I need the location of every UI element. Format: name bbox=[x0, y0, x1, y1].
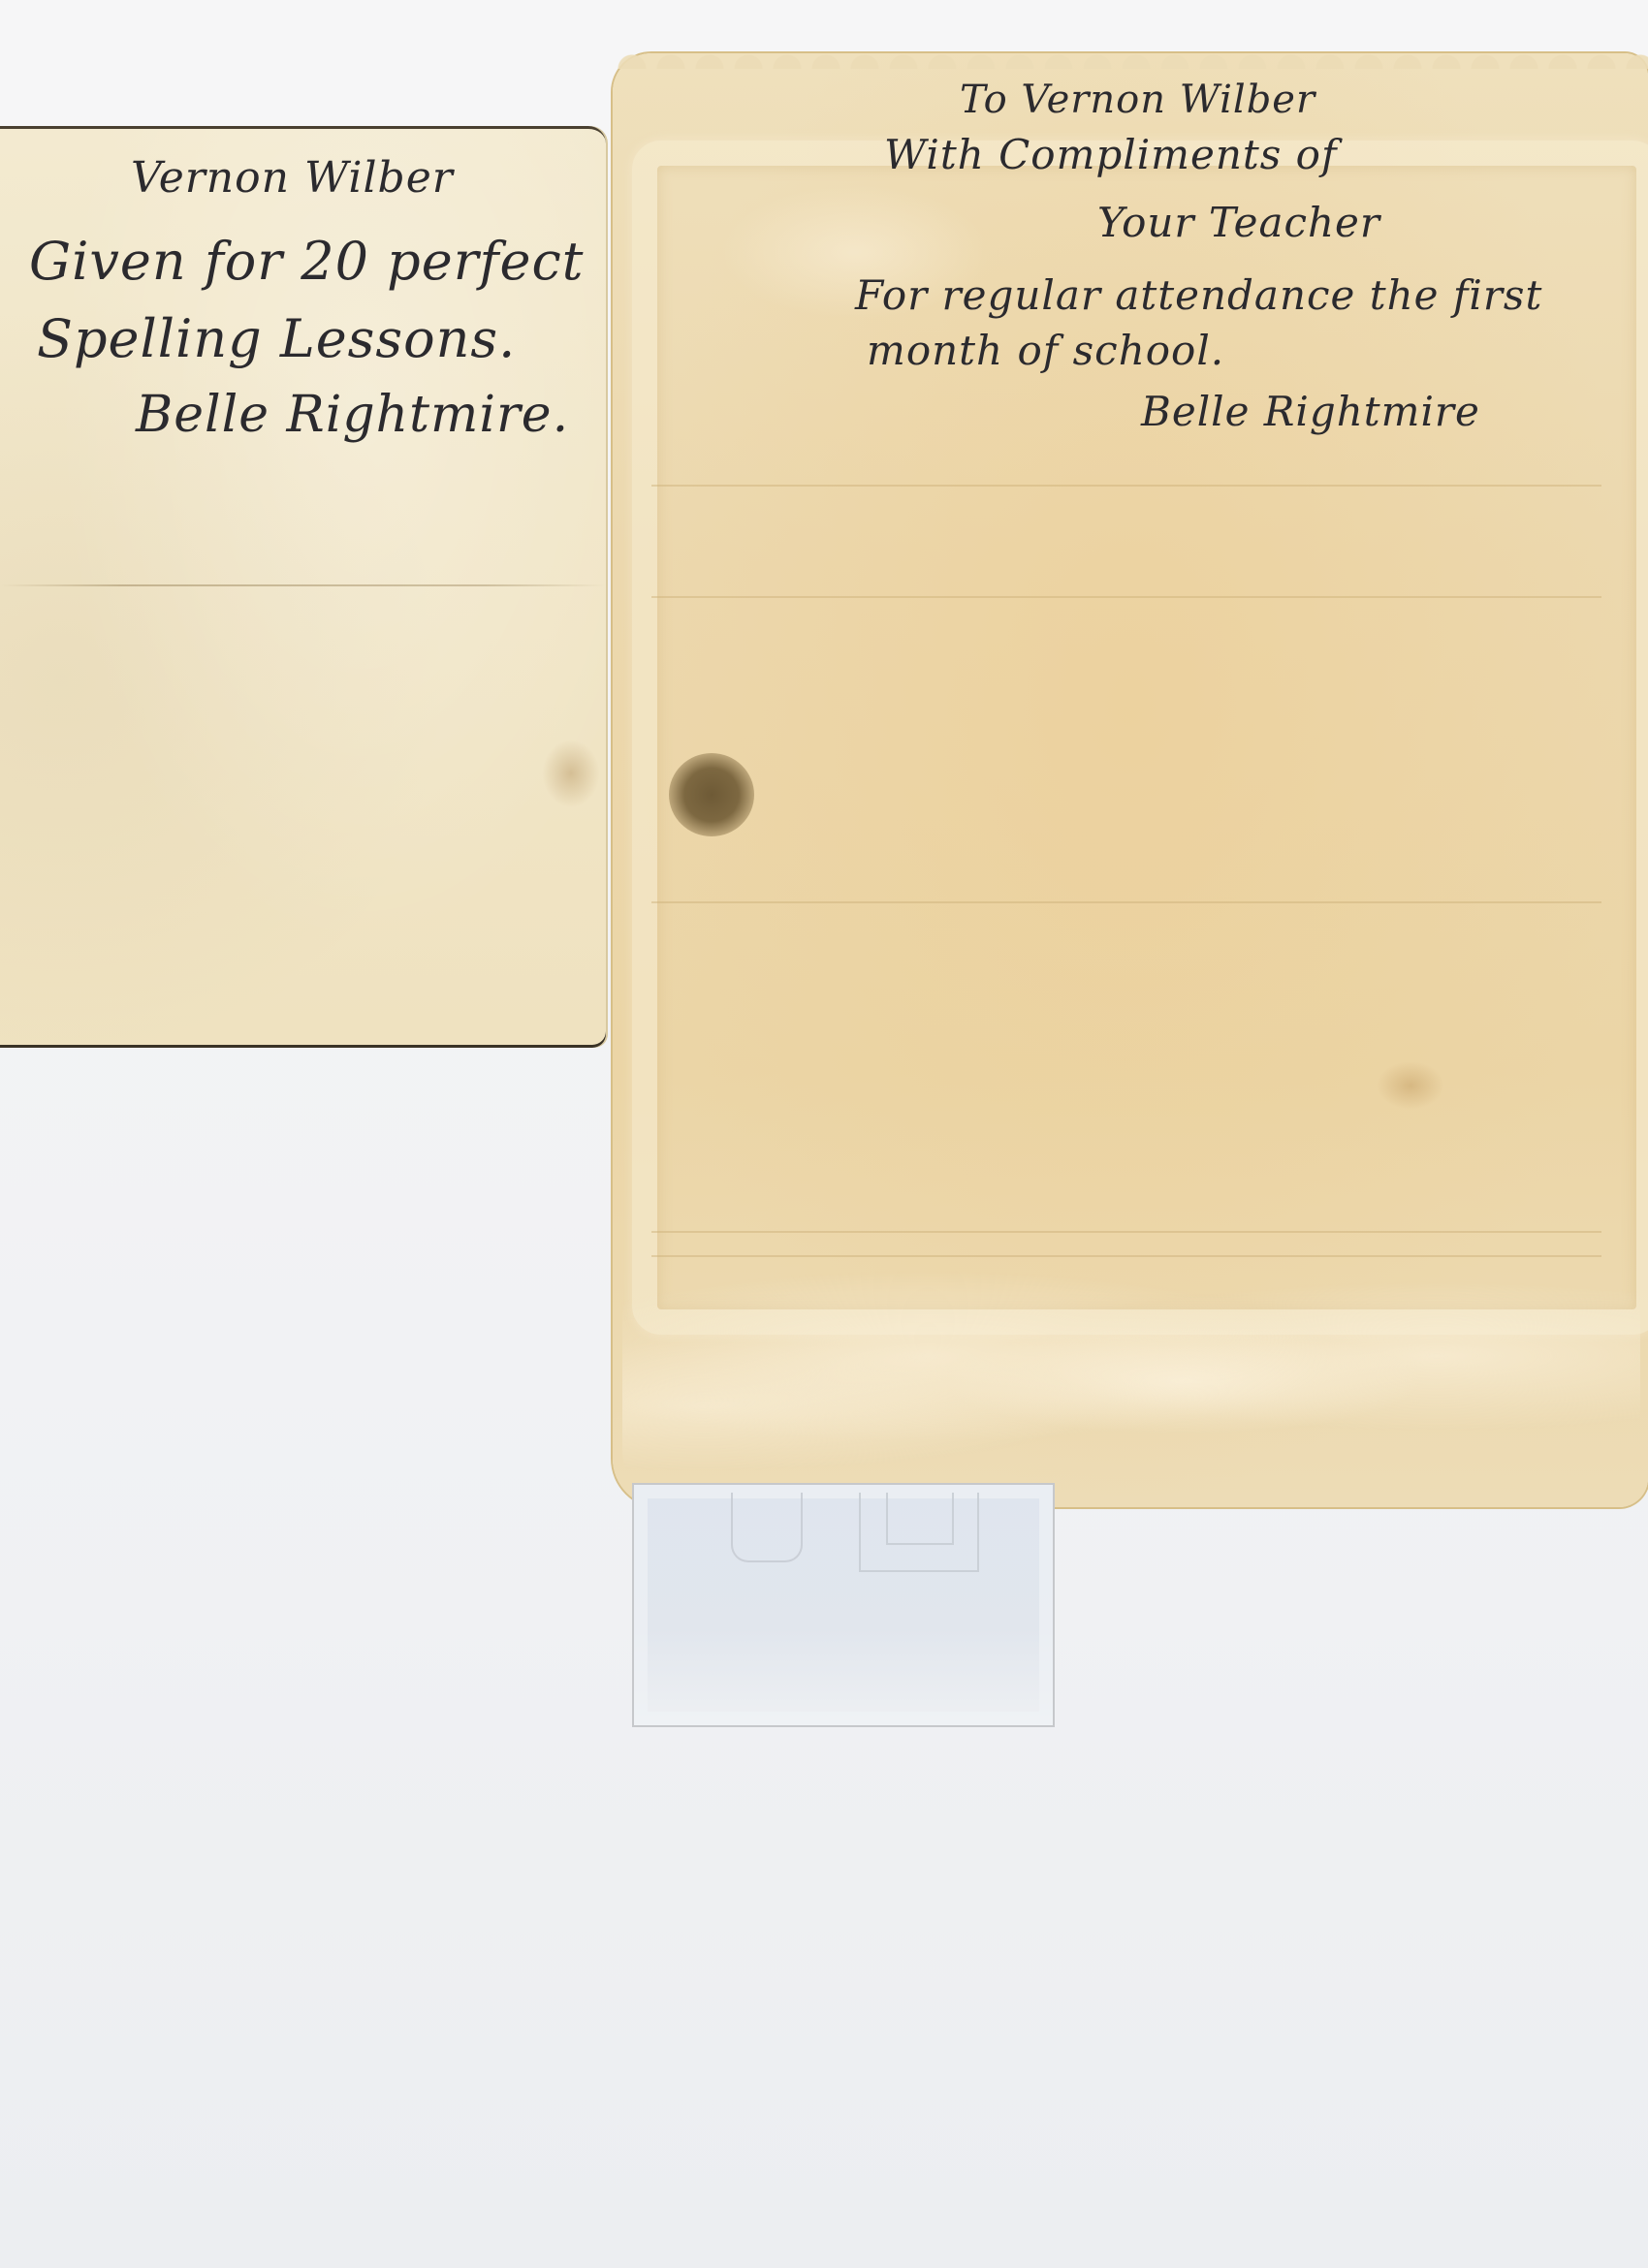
embossed-flower-cluster bbox=[622, 1255, 1640, 1507]
corner-stain bbox=[542, 740, 600, 807]
light-stain bbox=[1377, 1061, 1444, 1110]
reward-reason-line-2: Spelling Lessons. bbox=[37, 308, 516, 369]
attendance-reward-card: To Vernon Wilber With Compliments of You… bbox=[613, 53, 1648, 1507]
teacher-signature: Belle Rightmire bbox=[1141, 388, 1480, 435]
reason-line-1: For regular attendance the first bbox=[855, 271, 1542, 319]
scanner-template-insert bbox=[632, 1483, 1055, 1727]
ruled-line bbox=[651, 485, 1601, 487]
ruled-line bbox=[651, 1231, 1601, 1233]
ruled-line bbox=[651, 596, 1601, 598]
spelling-reward-card: Vernon Wilber Given for 20 perfect Spell… bbox=[0, 126, 606, 1048]
from-teacher-line: Your Teacher bbox=[1097, 199, 1380, 246]
card-crease bbox=[0, 584, 606, 586]
reason-line-2: month of school. bbox=[867, 327, 1224, 374]
ruled-line bbox=[651, 901, 1601, 903]
teacher-signature: Belle Rightmire. bbox=[136, 386, 569, 444]
embossed-floral-border bbox=[632, 141, 1648, 1335]
embossed-outline-icon bbox=[731, 1493, 803, 1562]
recipient-line: To Vernon Wilber bbox=[960, 78, 1315, 122]
dark-water-stain bbox=[669, 753, 754, 836]
reward-reason-line-1: Given for 20 perfect bbox=[29, 231, 584, 292]
embossed-square-icon bbox=[859, 1493, 979, 1572]
recipient-name: Vernon Wilber bbox=[131, 153, 454, 203]
scalloped-edge bbox=[613, 40, 1648, 69]
compliments-line: With Compliments of bbox=[884, 131, 1338, 178]
